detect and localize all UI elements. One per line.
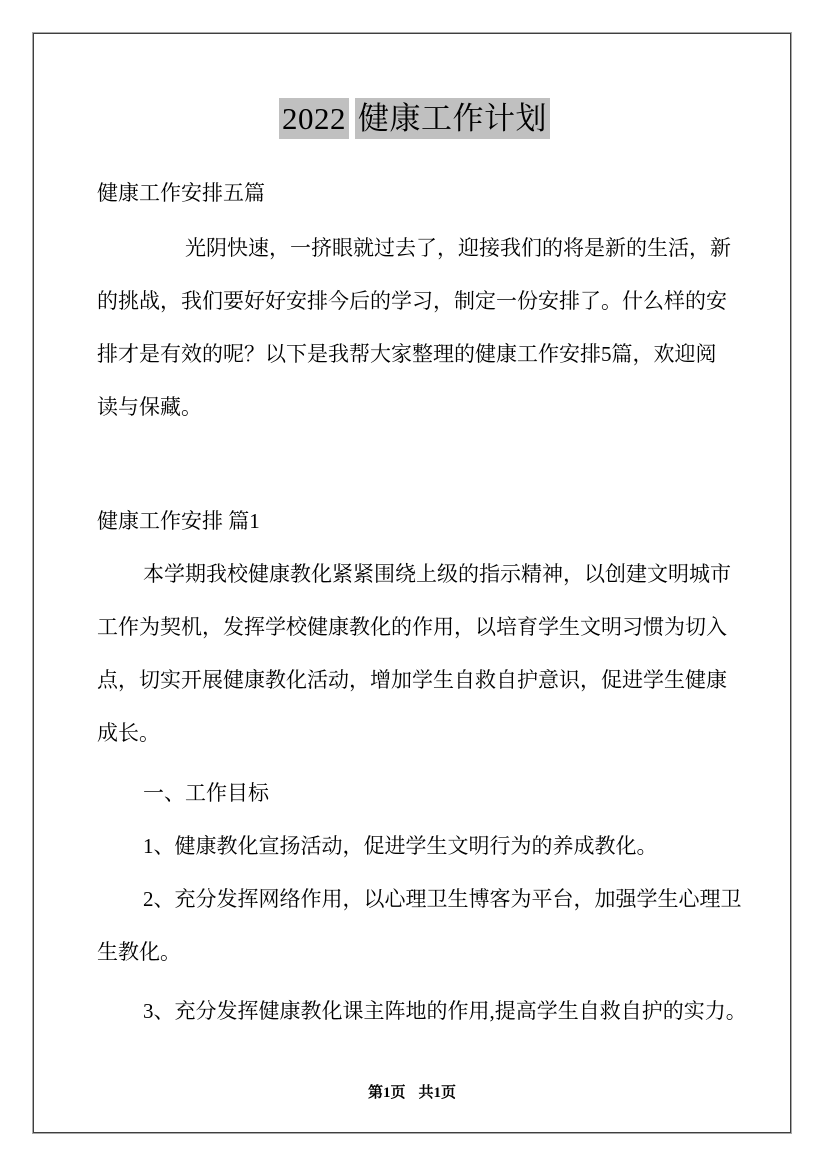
page-count-total: 共1页 [419,1085,457,1101]
text-line: 成长。 [97,707,732,760]
section-heading: 健康工作安排 篇1 [97,495,732,548]
subtitle-line: 健康工作安排五篇 [97,167,732,220]
text-line: 的挑战，我们要好好安排今后的学习，制定一份安排了。什么样的安 [97,275,732,328]
title-text-highlight: 健康工作计划 [355,98,550,139]
list-item-cont: 生教化。 [97,926,732,979]
text-line: 本学期我校健康教化紧紧围绕上级的指示精神，以创建文明城市 [97,548,732,601]
list-item: 1、健康教化宣扬活动，促进学生文明行为的养成教化。 [97,820,732,873]
subsection-heading: 一、工作目标 [97,767,732,820]
text-line: 光阴快速，一挤眼就过去了，迎接我们的将是新的生活，新 [97,222,732,275]
text-line: 排才是有效的呢？以下是我帮大家整理的健康工作安排5篇，欢迎阅 [97,328,732,381]
title-year-highlight: 2022 [279,98,349,139]
page-footer: 第1页共1页 [34,1084,790,1102]
page-number-current: 第1页 [368,1085,406,1101]
document-title: 2022健康工作计划 [97,97,732,141]
text-line: 工作为契机，发挥学校健康教化的作用，以培育学生文明习惯为切入 [97,601,732,654]
list-item: 3、充分发挥健康教化课主阵地的作用,提高学生自救自护的实力。 [97,985,732,1038]
text-line: 读与保藏。 [97,381,732,434]
document-page: 2022健康工作计划 健康工作安排五篇 光阴快速，一挤眼就过去了，迎接我们的将是… [33,33,791,1133]
text-line: 点，切实开展健康教化活动，增加学生自救自护意识，促进学生健康 [97,654,732,707]
document-content: 2022健康工作计划 健康工作安排五篇 光阴快速，一挤眼就过去了，迎接我们的将是… [34,34,790,1038]
list-item: 2、充分发挥网络作用，以心理卫生博客为平台，加强学生心理卫 [97,873,732,926]
